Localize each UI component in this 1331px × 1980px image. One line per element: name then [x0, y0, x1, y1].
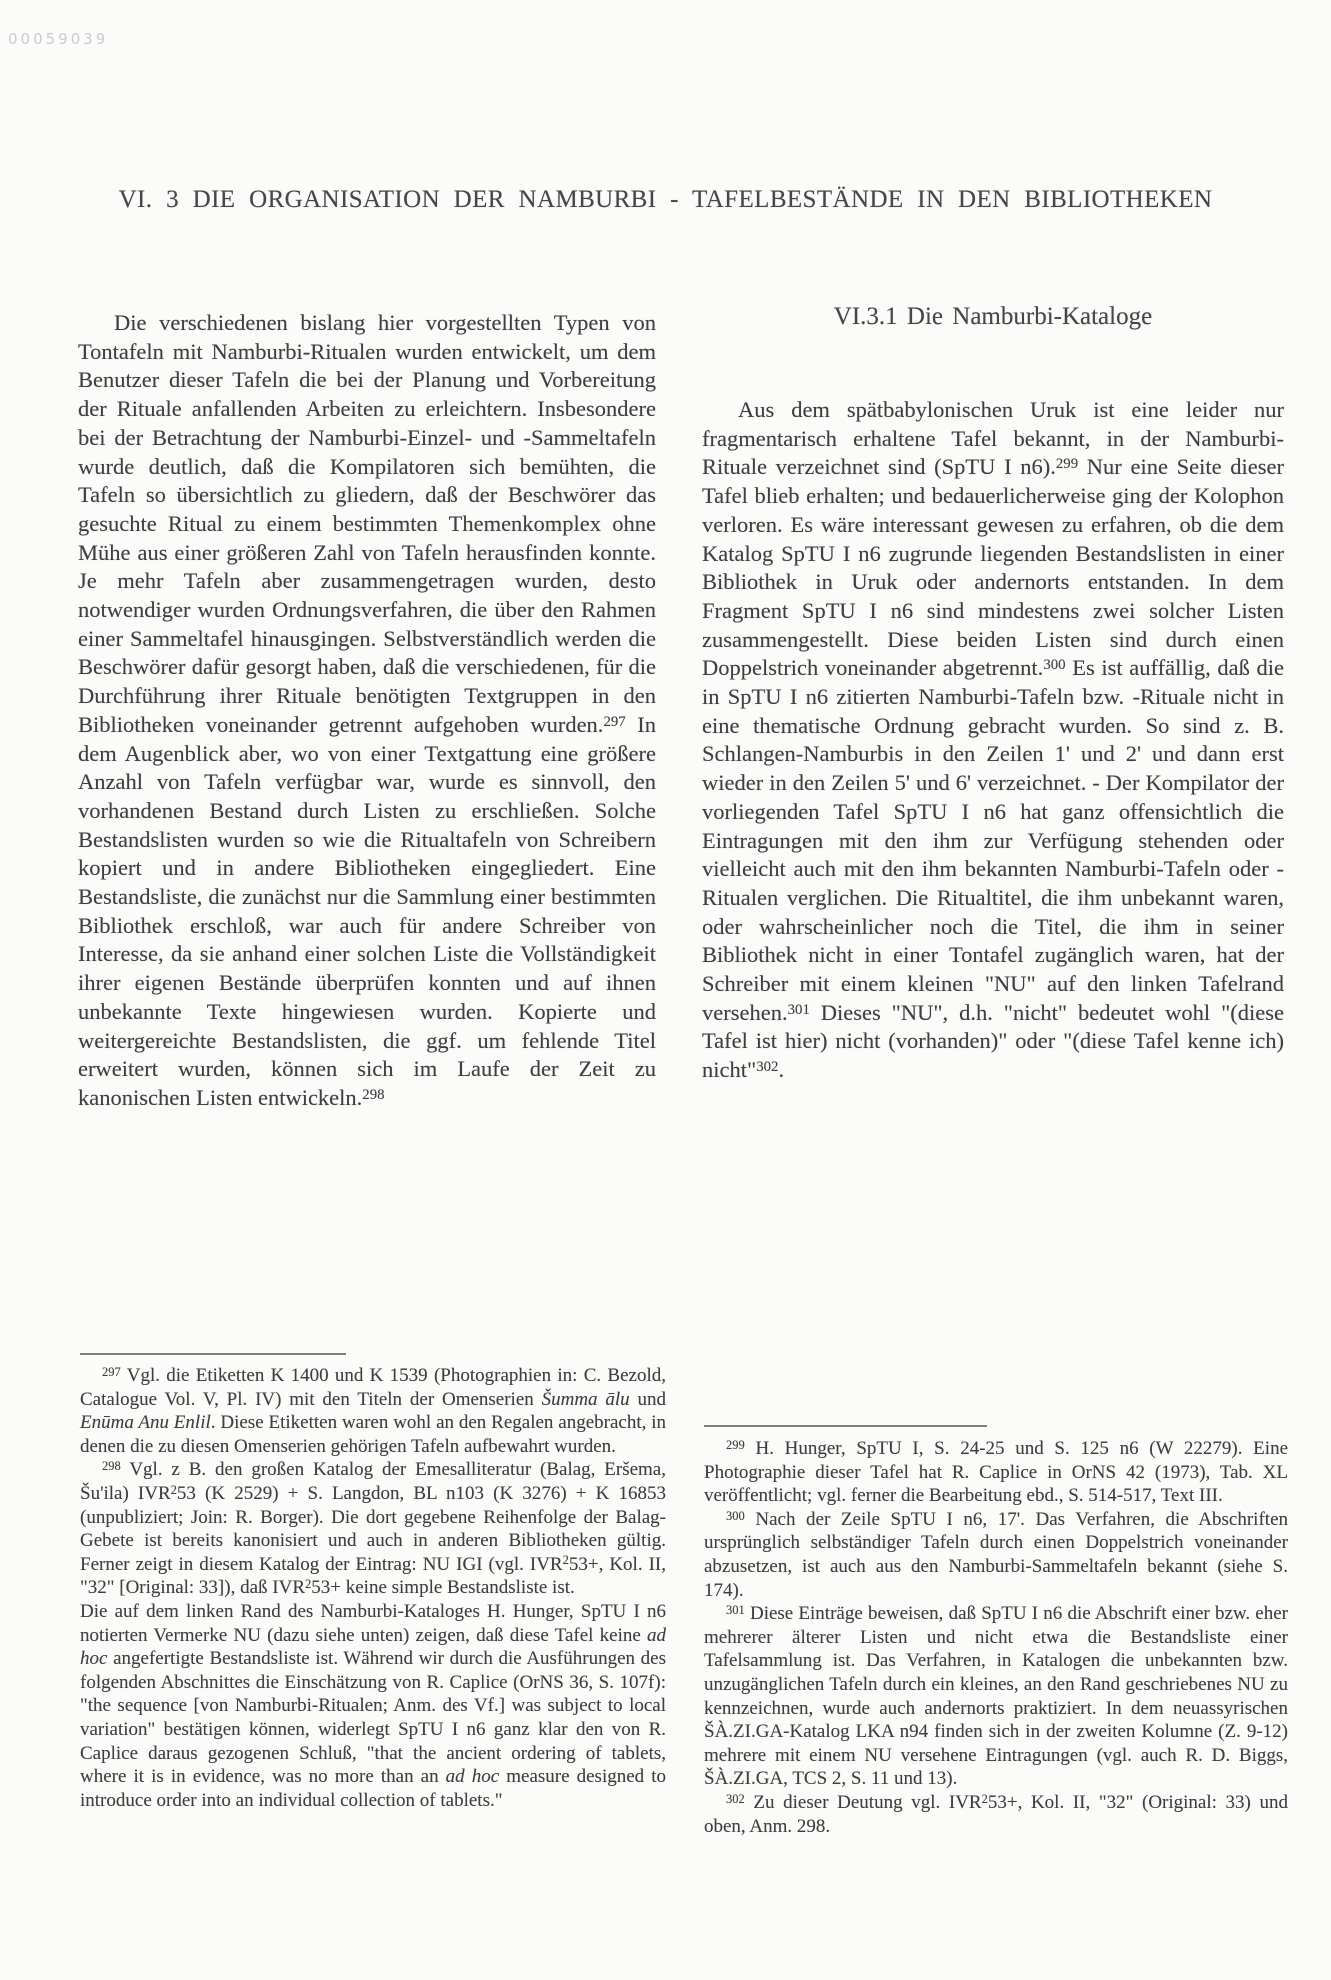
left-column-paragraph: Die verschiedenen bislang hier vorgestel… — [78, 309, 656, 1113]
footnote-301: 301 Diese Einträge beweisen, daß SpTU I … — [704, 1602, 1288, 1791]
right-column: Aus dem spätbabylonischen Uruk ist eine … — [702, 396, 1284, 1085]
footnote-300: 300 Nach der Zeile SpTU I n6, 17'. Das V… — [704, 1508, 1288, 1602]
footnote-297: 297 Vgl. die Etiketten K 1400 und K 1539… — [80, 1364, 666, 1458]
footnote-298: 298 Vgl. z B. den großen Katalog der Eme… — [80, 1458, 666, 1600]
footnote-299: 299 H. Hunger, SpTU I, S. 24-25 und S. 1… — [704, 1437, 1288, 1508]
subsection-heading: VI.3.1 Die Namburbi-Kataloge — [702, 303, 1284, 331]
scanned-book-page: 00059039 VI. 3 DIE ORGANISATION DER NAMB… — [0, 0, 1331, 1980]
right-column-paragraph: Aus dem spätbabylonischen Uruk ist eine … — [702, 396, 1284, 1085]
footnote-298-continuation: Die auf dem linken Rand des Namburbi-Kat… — [80, 1600, 666, 1812]
footnote-separator-left — [80, 1353, 346, 1355]
scan-id-number: 00059039 — [8, 30, 108, 48]
footnotes-right: 299 H. Hunger, SpTU I, S. 24-25 und S. 1… — [704, 1437, 1288, 1838]
footnotes-left: 297 Vgl. die Etiketten K 1400 und K 1539… — [80, 1364, 666, 1812]
footnote-302: 302 Zu dieser Deutung vgl. IVR253+, Kol.… — [704, 1791, 1288, 1838]
section-title: VI. 3 DIE ORGANISATION DER NAMBURBI - TA… — [0, 186, 1331, 214]
left-column: Die verschiedenen bislang hier vorgestel… — [78, 309, 656, 1113]
footnote-separator-right — [704, 1425, 987, 1427]
